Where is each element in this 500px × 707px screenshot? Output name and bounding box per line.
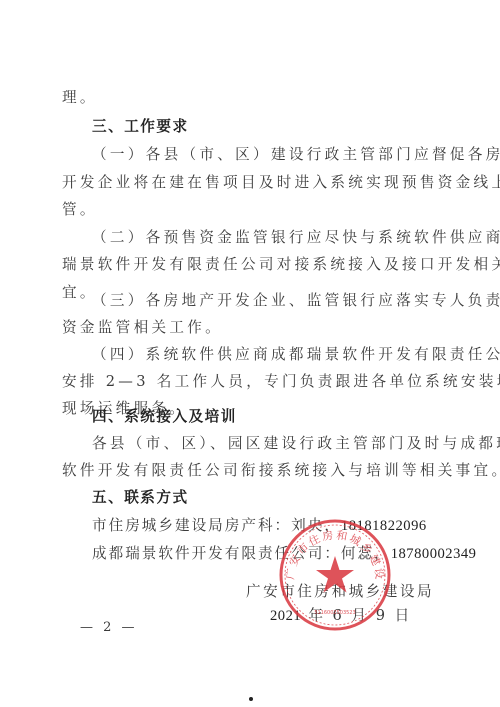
contact-line: 市住房城乡建设局房产科：刘央，18181822096 bbox=[92, 516, 427, 536]
paragraph-line: 理。 bbox=[62, 88, 98, 108]
paragraph-line: （四）系统软件供应商成都瑞景软件开发有限责任公司应 bbox=[92, 345, 500, 365]
date-year: 2021 bbox=[270, 608, 301, 624]
contact-phone: 18780002349 bbox=[391, 546, 477, 562]
section-heading: 四、系统接入及培训 bbox=[92, 407, 237, 427]
section-heading: 五、联系方式 bbox=[92, 488, 189, 508]
signature-org: 广安市住房和城乡建设局 bbox=[246, 580, 434, 601]
paragraph-line: （一）各县（市、区）建设行政主管部门应督促各房地产 bbox=[92, 145, 500, 165]
contact-label: 市住房城乡建设局房产科：刘央， bbox=[92, 517, 341, 534]
page-number: — 2 — bbox=[80, 620, 138, 635]
paragraph-line: （三）各房地产开发企业、监管银行应落实专人负责预售 bbox=[92, 291, 500, 311]
paragraph-line: 各县（市、区）、园区建设行政主管部门及时与成都瑞景 bbox=[92, 434, 500, 454]
paragraph-line: 安排 2—3 名工作人员，专门负责跟进各单位系统安装培训及 bbox=[62, 372, 500, 392]
paragraph-line: （二）各预售资金监管银行应尽快与系统软件供应商成都 bbox=[92, 228, 500, 248]
date-rest: 年 6 月 9 日 bbox=[301, 607, 412, 624]
contact-line: 成都瑞景软件开发有限责任公司：何蕊，18780002349 bbox=[92, 544, 476, 564]
contact-label: 成都瑞景软件开发有限责任公司：何蕊， bbox=[92, 545, 391, 562]
contact-phone: 18181822096 bbox=[341, 518, 427, 534]
paragraph-line: 管。 bbox=[62, 200, 98, 220]
section-heading: 三、工作要求 bbox=[92, 117, 189, 137]
paragraph-line: 开发企业将在建在售项目及时进入系统实现预售资金线上监 bbox=[62, 173, 500, 193]
page-dot bbox=[249, 697, 253, 701]
paragraph-line: 软件开发有限责任公司衔接系统接入与培训等相关事宜。 bbox=[62, 461, 500, 481]
paragraph-line: 瑞景软件开发有限责任公司对接系统接入及接口开发相关事 bbox=[62, 255, 500, 275]
paragraph-line: 资金监管相关工作。 bbox=[62, 318, 223, 338]
signature-date: 2021 年 6 月 9 日 bbox=[270, 604, 412, 625]
